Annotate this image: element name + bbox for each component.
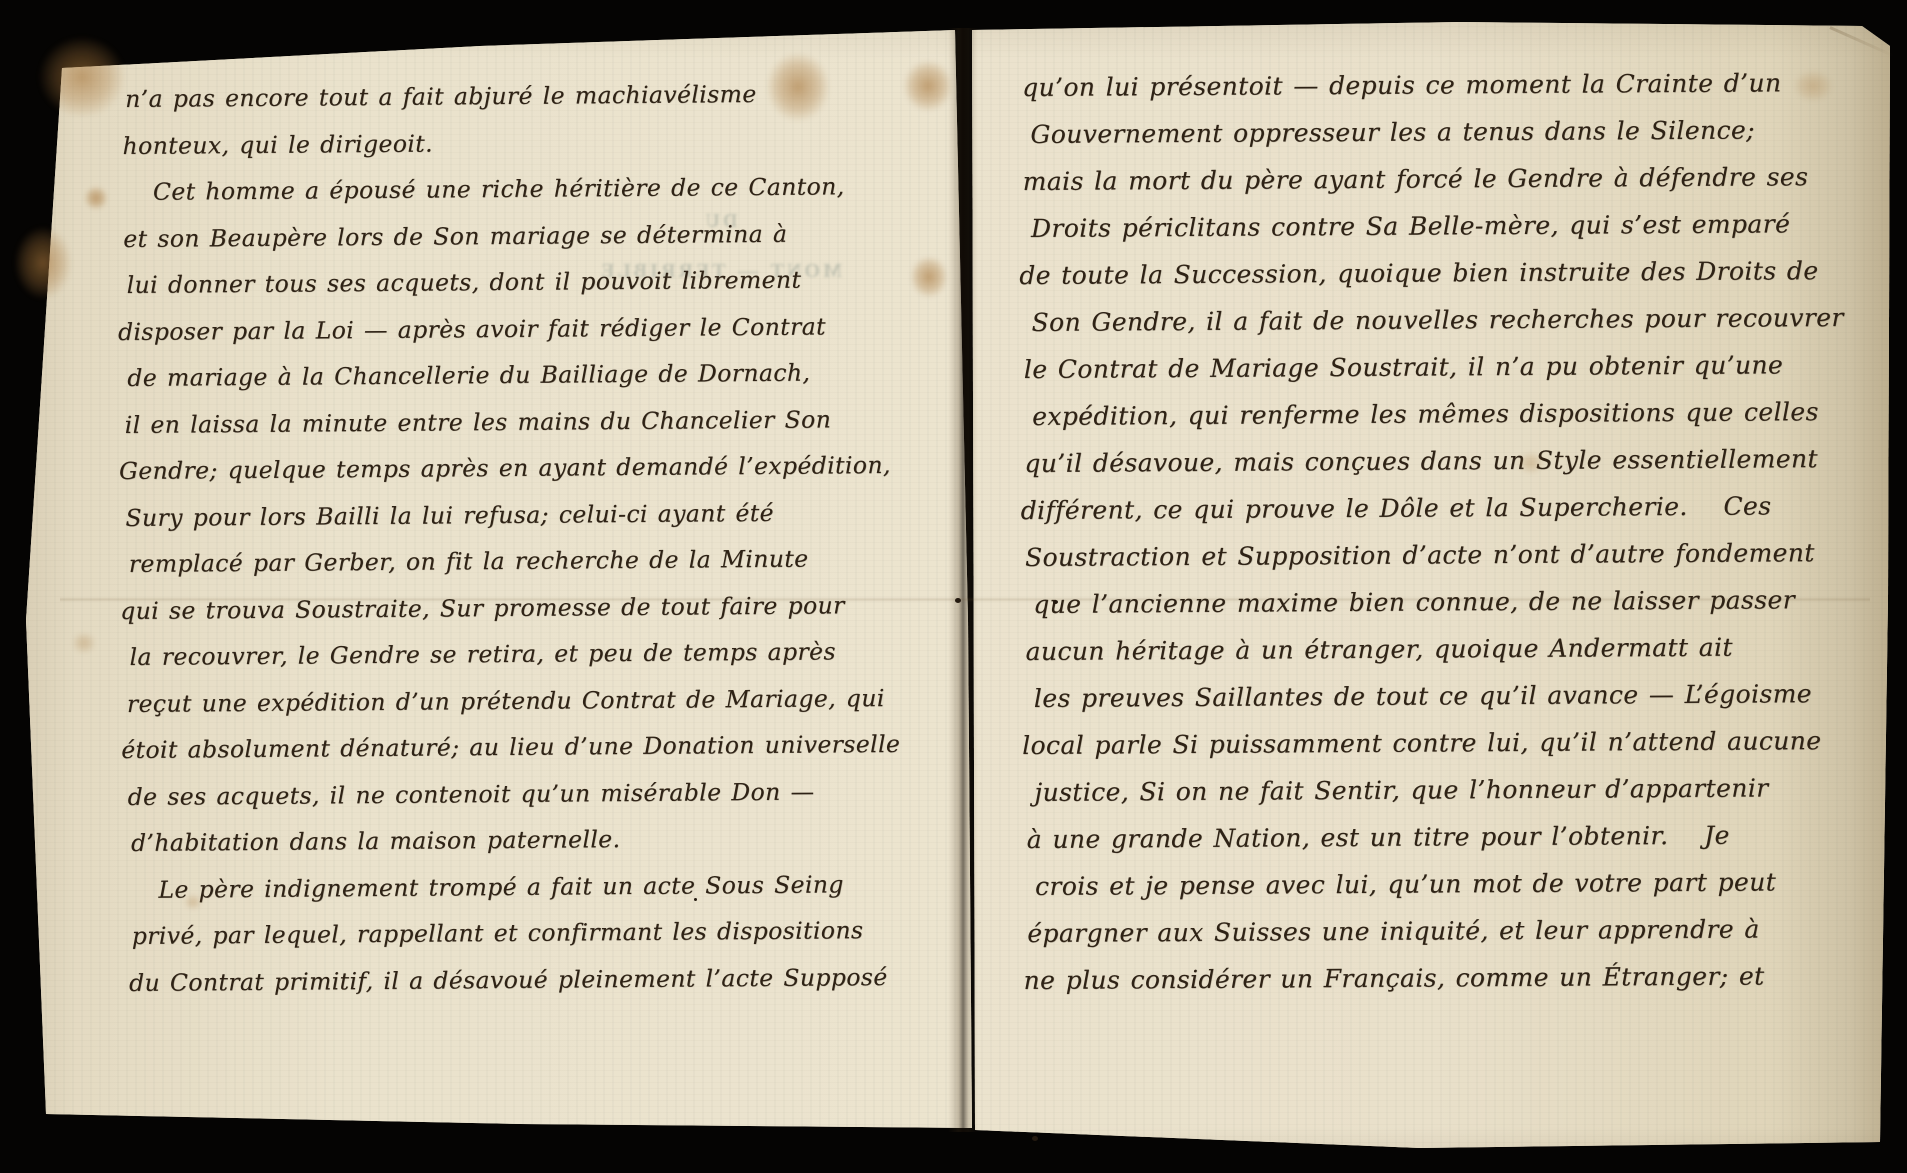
manuscript-line: qu’on lui présentoit — depuis ce moment …: [1022, 59, 1882, 111]
manuscript-line: justice, Si on ne fait Sentir, que l’hon…: [1034, 764, 1886, 816]
manuscript-line: la recouvrer, le Gendre se retira, et pe…: [129, 628, 866, 680]
manuscript-line: Soustraction et Supposition d’acte n’ont…: [1025, 529, 1885, 581]
manuscript-line: qu’il désavoue, mais conçues dans un Sty…: [1024, 435, 1884, 487]
manuscript-line: de mariage à la Chancellerie du Bailliag…: [127, 349, 864, 401]
manuscript-line: qui se trouva Soustraite, Sur promesse d…: [120, 582, 866, 634]
manuscript-line: aucun héritage à un étranger, quoique An…: [1025, 623, 1885, 675]
manuscript-line: crois et je pense avec lui, qu’un mot de…: [1035, 858, 1887, 910]
manuscript-line: lui donner tous ses acquets, dont il pou…: [126, 256, 863, 308]
manuscript-line: du Contrat primitif, il a désavoué plein…: [129, 954, 869, 1006]
manuscript-line: privé, par lequel, rappellant et confirm…: [132, 907, 869, 959]
manuscript-line: Cet homme a épousé une riche héritière d…: [117, 163, 863, 215]
manuscript-line: Gendre; quelque temps après en ayant dem…: [119, 442, 865, 494]
manuscript-line: Sury pour lors Bailli la lui refusa; cel…: [125, 489, 865, 541]
manuscript-line: différent, ce qui prouve le Dôle et la S…: [1021, 482, 1885, 534]
manuscript-line: à une grande Nation, est un titre pour l…: [1027, 811, 1887, 863]
manuscript-line: ne plus considérer un Français, comme un…: [1023, 952, 1887, 1004]
manuscript-line: expédition, qui renferme les mêmes dispo…: [1032, 388, 1884, 440]
manuscript-line: de toute la Succession, quoique bien ins…: [1019, 247, 1883, 299]
manuscript-line: Son Gendre, il a fait de nouvelles reche…: [1031, 294, 1883, 346]
manuscript-line: Droits périclitans contre Sa Belle-mère,…: [1031, 200, 1883, 252]
manuscript-line: honteux, qui le dirigeoit.: [122, 117, 862, 169]
manuscript-line: et son Beaupère lors de Son mariage se d…: [123, 210, 863, 262]
manuscript-line: le Contrat de Mariage Soustrait, il n’a …: [1024, 341, 1884, 393]
manuscript-line: local parle Si puissamment contre lui, q…: [1022, 717, 1886, 769]
manuscript-line: Gouvernement oppresseur les a tenus dans…: [1030, 106, 1882, 158]
manuscript-line: il en laissa la minute entre les mains d…: [125, 396, 865, 448]
manuscript-line: n’a pas encore tout a fait abjuré le mac…: [125, 70, 862, 122]
manuscript-line: de ses acquets, il ne contenoit qu’un mi…: [127, 768, 867, 820]
manuscript-line: d’habitation dans la maison paternelle.: [131, 814, 868, 866]
manuscript-line: que l’ancienne maxime bien connue, de ne…: [1033, 576, 1885, 628]
manuscript-line: mais la mort du père ayant forcé le Gend…: [1023, 153, 1883, 205]
manuscript-line: les preuves Saillantes de tout ce qu’il …: [1034, 670, 1886, 722]
manuscript-line: disposer par la Loi — après avoir fait r…: [118, 303, 864, 355]
manuscript-line: remplacé par Gerber, on fit la recherche…: [129, 535, 866, 587]
manuscript-line: Le père indignement trompé a fait un act…: [122, 861, 868, 913]
manuscript-line: épargner aux Suisses une iniquité, et le…: [1027, 905, 1887, 957]
right-page-text: qu’on lui présentoit — depuis ce moment …: [1022, 59, 1888, 1004]
left-page-text: n’a pas encore tout a fait abjuré le mac…: [122, 70, 869, 1006]
manuscript-line: étoit absolument dénaturé; au lieu d’une…: [121, 721, 867, 773]
manuscript-line: reçut une expédition d’un prétendu Contr…: [127, 675, 867, 727]
manuscript-scan: DUMONT — TERRIBLE n’a pas encore tout a …: [0, 0, 1907, 1173]
